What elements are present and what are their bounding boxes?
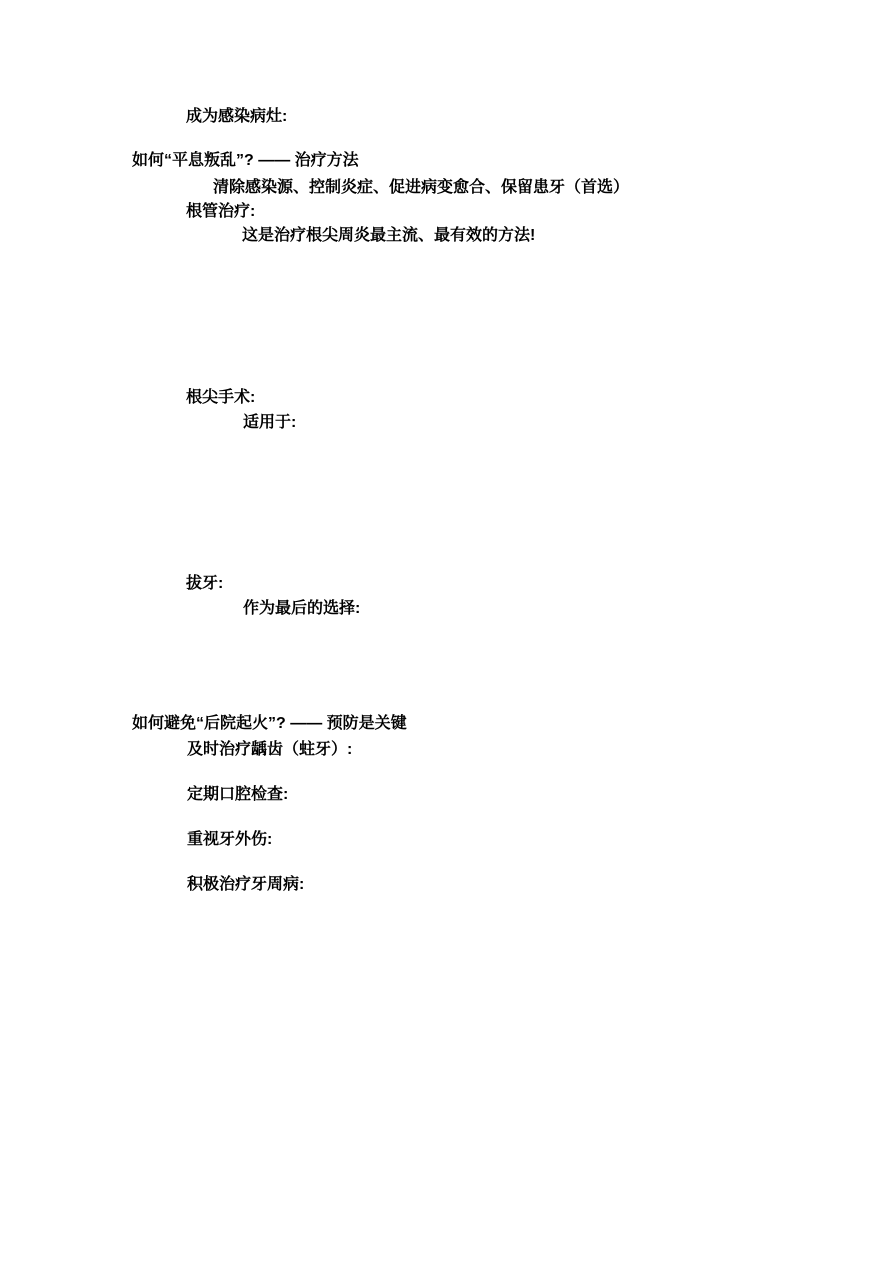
line-tooth-extraction: 拔牙: bbox=[186, 574, 223, 593]
line-root-canal-treatment: 根管治疗: bbox=[186, 202, 255, 221]
line-treatment-goals: 清除感染源、控制炎症、促进病变愈合、保留患牙（首选） bbox=[213, 178, 629, 197]
heading-treatment-methods: 如何“平息叛乱”? —— 治疗方法 bbox=[132, 151, 359, 170]
line-extraction-last-resort: 作为最后的选择: bbox=[243, 599, 360, 618]
line-dental-trauma: 重视牙外伤: bbox=[187, 830, 272, 849]
line-treat-caries: 及时治疗龋齿（蛀牙）: bbox=[187, 740, 352, 759]
line-apical-surgery: 根尖手术: bbox=[186, 388, 255, 407]
heading-prevention: 如何避免“后院起火”? —— 预防是关键 bbox=[132, 714, 407, 733]
line-regular-dental-checkup: 定期口腔检查: bbox=[187, 785, 288, 804]
line-infection-focus: 成为感染病灶: bbox=[186, 107, 287, 126]
document-page: 成为感染病灶: 如何“平息叛乱”? —— 治疗方法 清除感染源、控制炎症、促进病… bbox=[0, 0, 893, 1262]
line-periodontal-disease: 积极治疗牙周病: bbox=[187, 875, 304, 894]
line-root-canal-note: 这是治疗根尖周炎最主流、最有效的方法! bbox=[242, 226, 535, 245]
line-apical-surgery-indication: 适用于: bbox=[243, 413, 296, 432]
